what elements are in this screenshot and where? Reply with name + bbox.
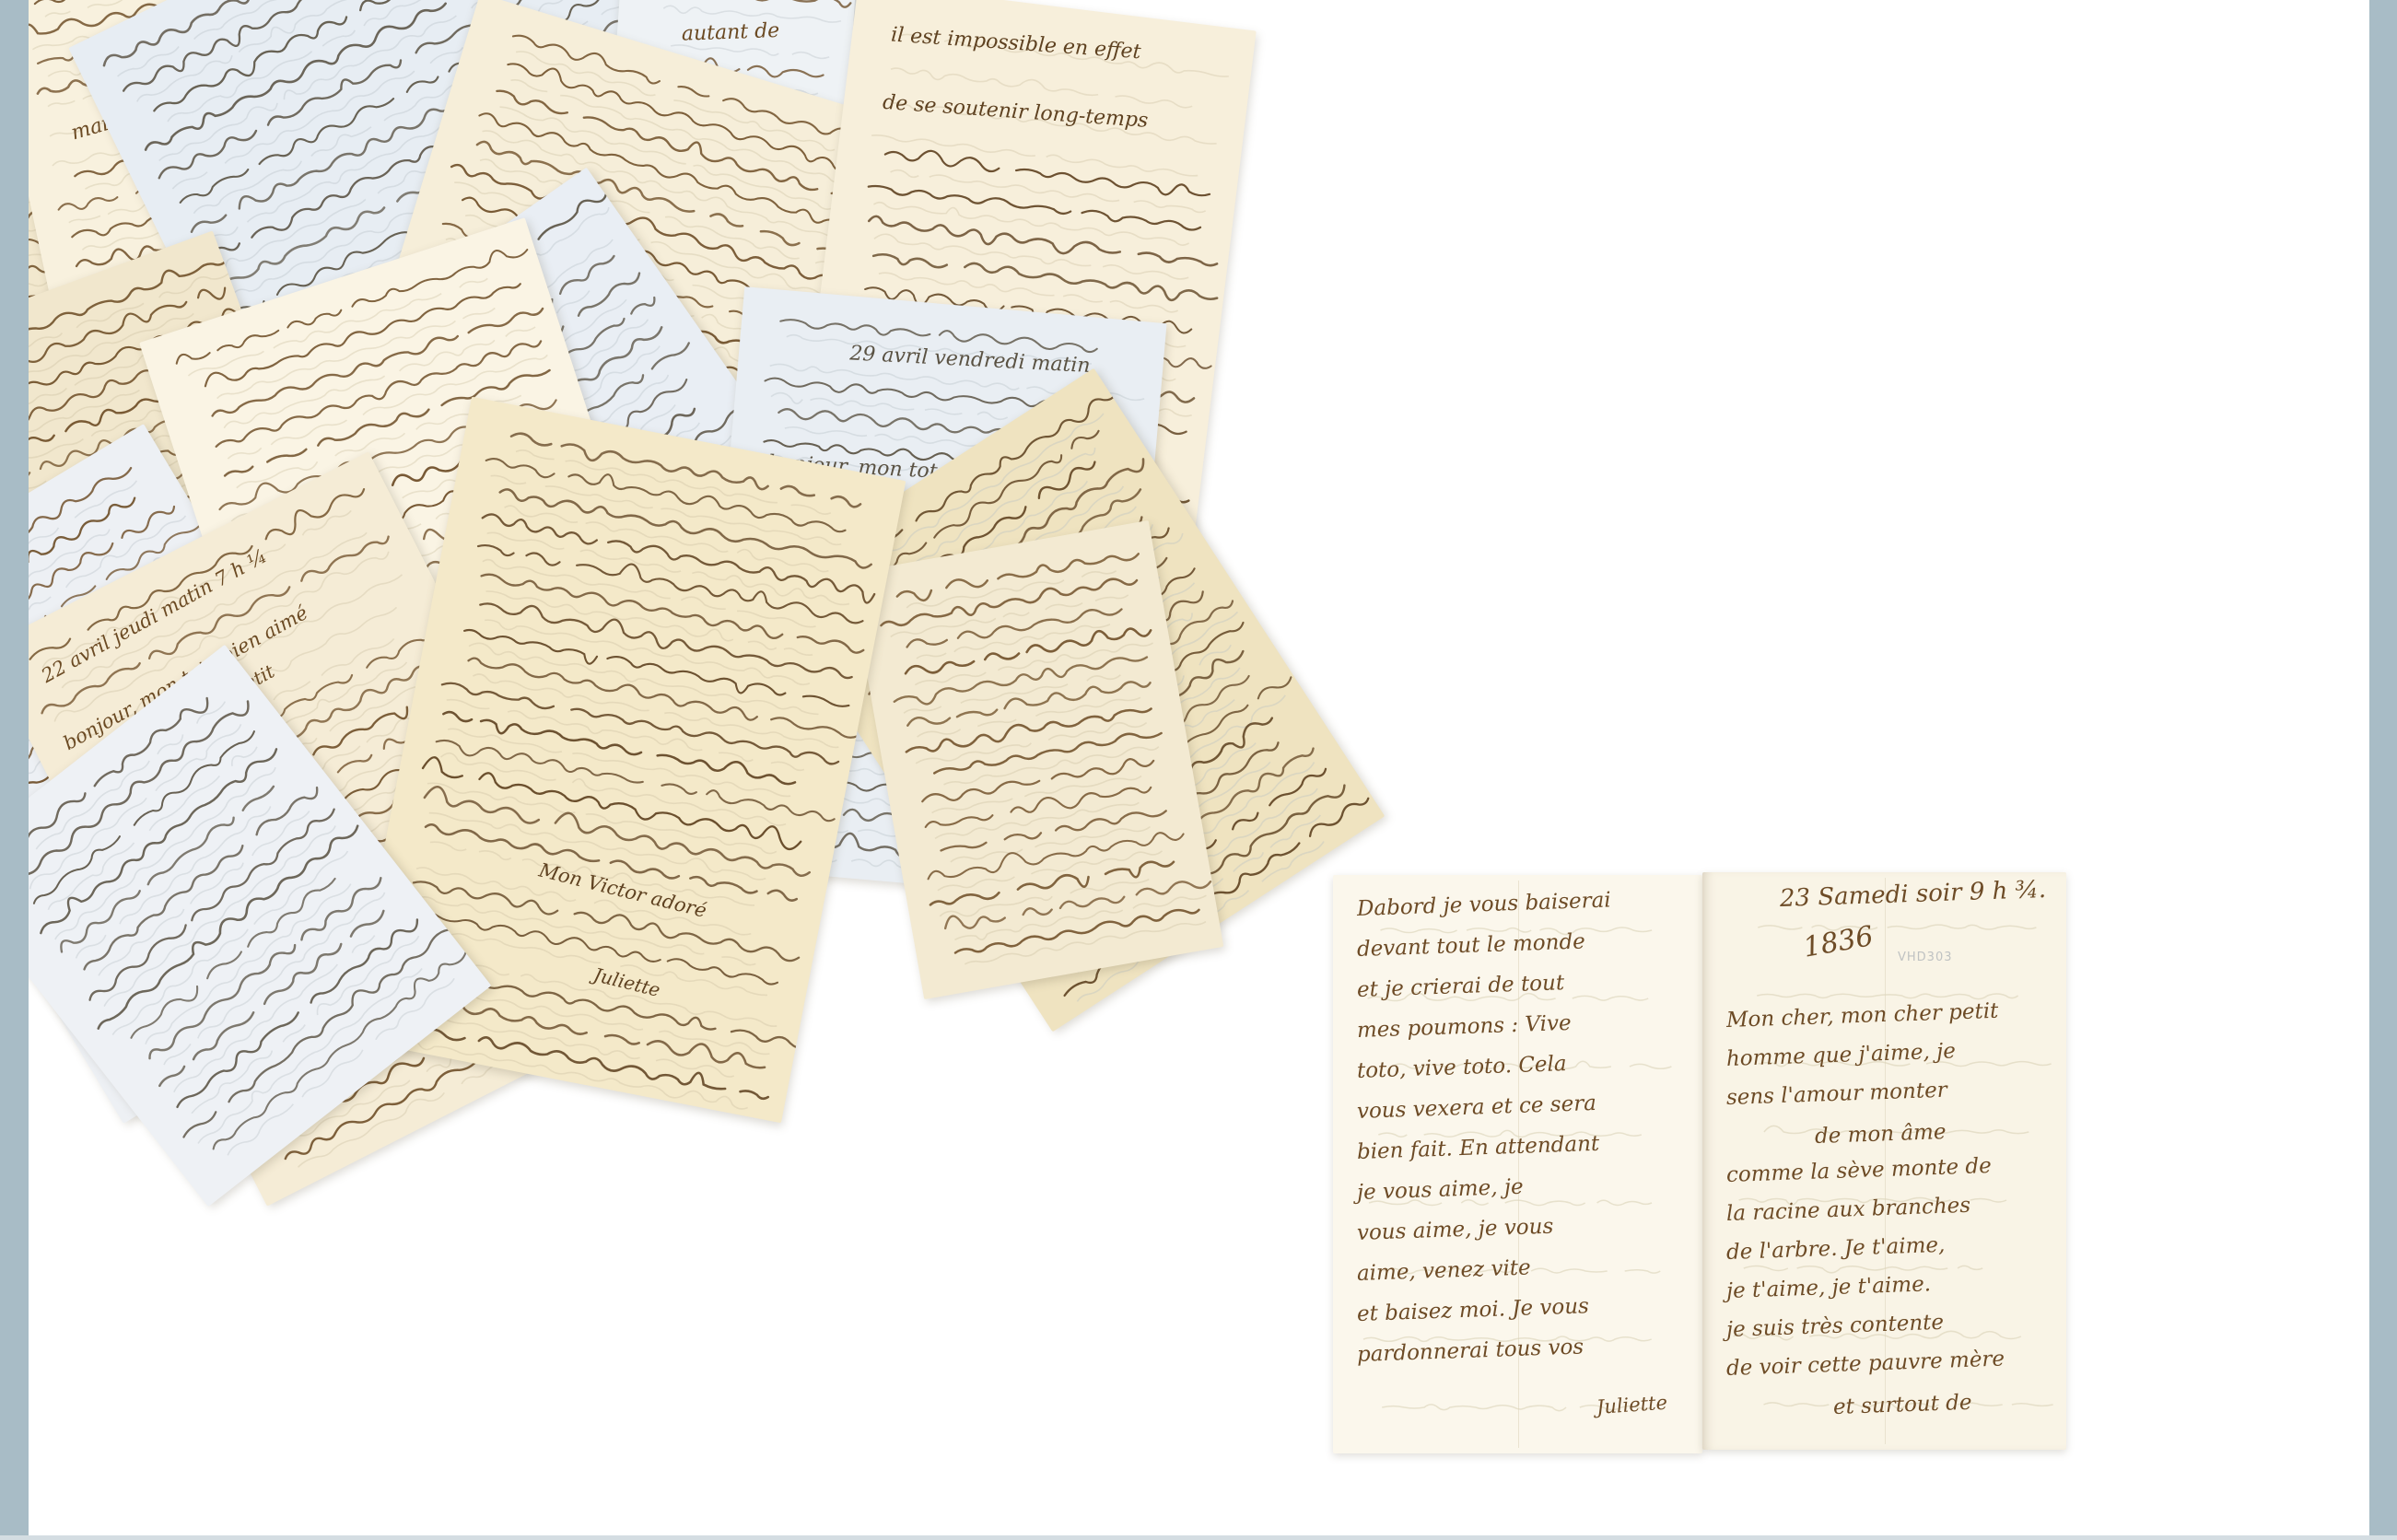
left-border-strip <box>0 0 29 1540</box>
page-fold-crease <box>1518 881 1519 1448</box>
embossed-stamp: VHD303 <box>1898 951 1953 963</box>
handwriting-fragment: je vous aime, je <box>1357 1177 1524 1204</box>
handwriting-fragment: Juliette <box>1596 1394 1667 1417</box>
right-border-strip <box>2369 0 2397 1540</box>
bottom-border-line <box>0 1535 2397 1540</box>
handwriting-fragment: et surtout de <box>1833 1393 1972 1418</box>
handwriting-fragment: de mon âme <box>1815 1122 1947 1148</box>
letter-page-left: Dabord je vous baiseraidevant tout le mo… <box>1333 875 1702 1453</box>
photo-canvas: mais cela16 octobre mercredi matin 8 h.a… <box>0 0 2397 1540</box>
letter-page-right: Mon cher, mon cher petithomme que j'aime… <box>1702 872 2066 1450</box>
open-letter-spread: Dabord je vous baiseraidevant tout le mo… <box>0 0 2397 1540</box>
